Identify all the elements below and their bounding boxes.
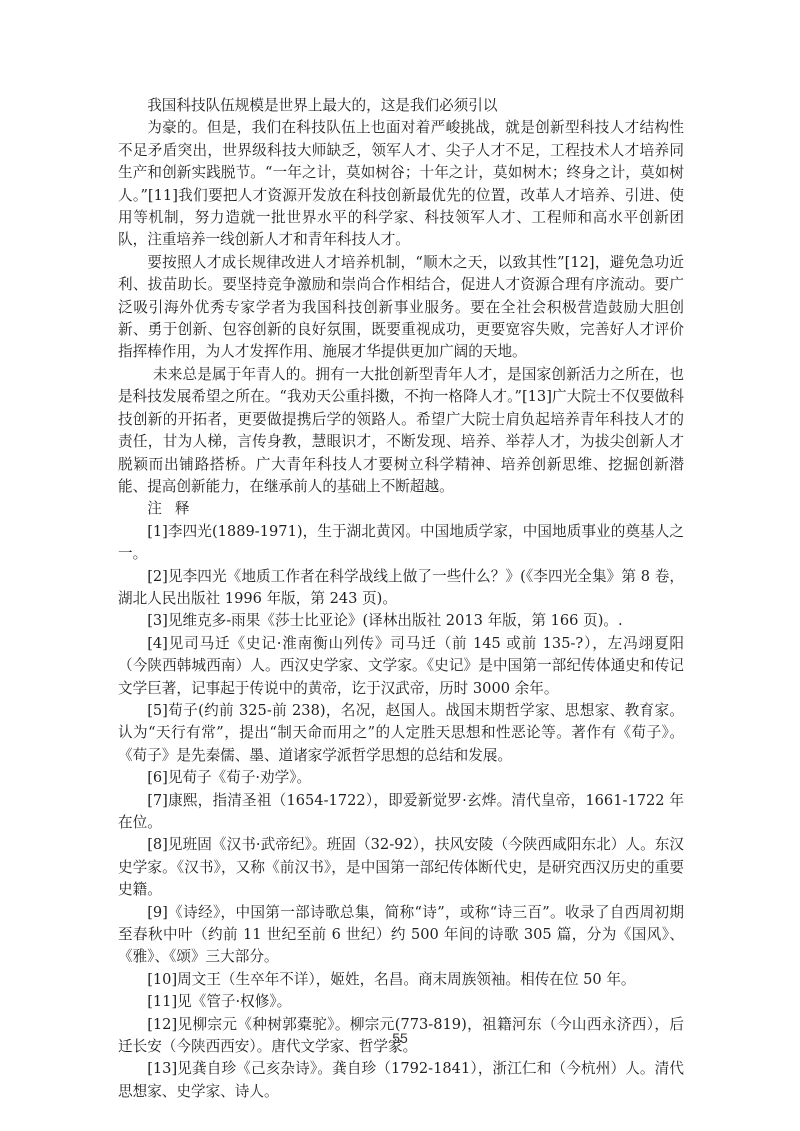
note-7: [7]康熙，指清圣祖（1654-1722），即爱新觉罗·玄烨。清代皇帝，1661… — [118, 790, 684, 835]
note-10: [10]周文王（生卒年不详），姬姓，名昌。商末周族领袖。相传在位 50 年。 — [118, 969, 684, 991]
note-3: [3]见维克多-雨果《莎士比亚论》(译林出版社 2013 年版，第 166 页)… — [118, 610, 684, 632]
note-8: [8]见班固《汉书·武帝纪》。班固（32-92），扶风安陵（今陕西咸阳东北）人。… — [118, 834, 684, 901]
note-5: [5]荀子(约前 325-前 238)，名况，赵国人。战国末期哲学家、思想家、教… — [118, 700, 684, 767]
body-paragraph-4: 未来总是属于年青人的。拥有一大批创新型青年人才，是国家创新活力之所在，也是科技发… — [118, 364, 684, 498]
note-11: [11]见《管子·权修》。 — [118, 991, 684, 1013]
body-paragraph-2: 为豪的。但是，我们在科技队伍上也面对着严峻挑战，就是创新型科技人才结构性不足矛盾… — [118, 117, 684, 251]
note-13: [13]见龚自珍《己亥杂诗》。龚自珍（1792-1841），浙江仁和（今杭州）人… — [118, 1058, 684, 1103]
body-paragraph-1: 我国科技队伍规模是世界上最大的，这是我们必须引以 — [118, 95, 684, 117]
note-2: [2]见李四光《地质工作者在科学战线上做了一些什么？》(《李四光全集》第 8 卷… — [118, 566, 684, 611]
body-paragraph-3: 要按照人才成长规律改进人才培养机制，“顺木之天，以致其性”[12]，避免急功近利… — [118, 252, 684, 364]
note-9: [9]《诗经》，中国第一部诗歌总集，简称“诗”，或称“诗三百”。收录了自西周初期… — [118, 902, 684, 969]
notes-heading: 注释 — [118, 498, 684, 520]
note-1: [1]李四光(1889-1971)，生于湖北黄冈。中国地质学家，中国地质事业的奠… — [118, 521, 684, 566]
document-page: 我国科技队伍规模是世界上最大的，这是我们必须引以 为豪的。但是，我们在科技队伍上… — [118, 95, 684, 1103]
page-number: 55 — [0, 1030, 800, 1046]
note-6: [6]见荀子《荀子·劝学》。 — [118, 767, 684, 789]
note-4: [4]见司马迁《史记·淮南衡山列传》司马迁（前 145 或前 135-?），左冯… — [118, 633, 684, 700]
